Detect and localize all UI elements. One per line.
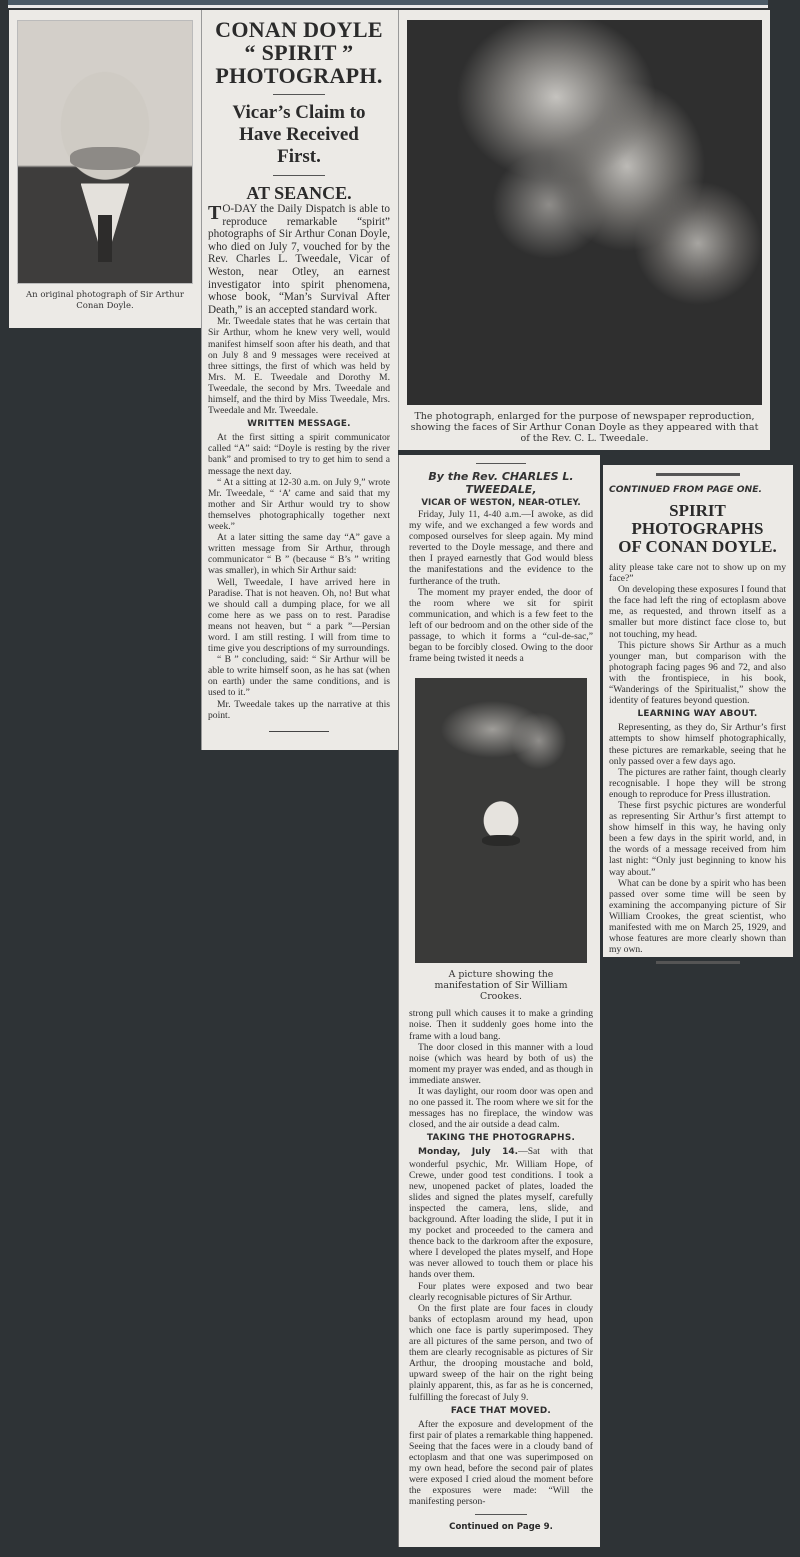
- subheadline-line: First.: [208, 146, 390, 168]
- drop-cap: T: [208, 204, 221, 222]
- section-head: AT SEANCE.: [208, 183, 390, 203]
- paragraph: At the first sitting a spirit communicat…: [208, 432, 390, 476]
- headline-line: “ SPIRIT ”: [208, 41, 390, 64]
- spirit-photograph: [407, 20, 762, 405]
- byline-column: By the Rev. CHARLES L. TWEEDALE, VICAR O…: [398, 455, 600, 1547]
- paragraph: This picture shows Sir Arthur as a much …: [609, 640, 786, 707]
- paragraph: On developing these exposures I found th…: [609, 584, 786, 639]
- paragraph: The door closed in this manner with a lo…: [409, 1042, 593, 1086]
- paragraph: Mr. Tweedale states that he was certain …: [208, 316, 390, 416]
- paragraph-text: —Sat with that wonderful psychic, Mr. Wi…: [409, 1146, 593, 1280]
- spirit-photo-caption: The photograph, enlarged for the purpose…: [407, 411, 762, 444]
- date-lead-in: Monday, July 14.: [418, 1147, 518, 1157]
- divider: [656, 961, 740, 964]
- crookes-photograph: [415, 678, 587, 963]
- paragraph: Mr. Tweedale takes up the narrative at t…: [208, 699, 390, 721]
- byline-body-2: strong pull which causes it to make a gr…: [409, 1008, 593, 1507]
- divider: [273, 94, 325, 95]
- paragraph: On the first plate are four faces in clo…: [409, 1303, 593, 1403]
- lead-paragraph: TO-DAY the Daily Dispatch is able to rep…: [208, 203, 390, 316]
- tie-shape: [98, 215, 112, 262]
- byline-subtitle: VICAR OF WESTON, NEAR-OTLEY.: [409, 498, 593, 508]
- paragraph: Monday, July 14.—Sat with that wonderful…: [409, 1146, 593, 1280]
- headline-line: CONAN DOYLE: [208, 18, 390, 41]
- article-body: TO-DAY the Daily Dispatch is able to rep…: [208, 203, 390, 721]
- paragraph: ality please take care not to show up on…: [609, 562, 786, 584]
- continued-body: ality please take care not to show up on…: [609, 562, 786, 955]
- subheadline-line: Vicar’s Claim to: [208, 102, 390, 124]
- subheadline-line: Have Received: [208, 124, 390, 146]
- subheadline: Vicar’s Claim to Have Received First.: [208, 102, 390, 168]
- divider: [273, 175, 325, 176]
- continued-column: CONTINUED FROM PAGE ONE. SPIRIT PHOTOGRA…: [603, 465, 793, 957]
- subhead-written-message: WRITTEN MESSAGE.: [208, 419, 390, 430]
- moustache-shape: [482, 835, 520, 846]
- divider: [476, 463, 526, 464]
- paragraph: What can be done by a spirit who has bee…: [609, 878, 786, 956]
- paragraph: Representing, as they do, Sir Arthur’s f…: [609, 722, 786, 766]
- moustache-shape: [70, 147, 140, 171]
- divider: [656, 473, 740, 476]
- conan-doyle-portrait-photo: [17, 20, 193, 284]
- divider: [475, 1514, 527, 1515]
- paragraph: These first psychic pictures are wonderf…: [609, 800, 786, 878]
- subhead-learning-way-about: LEARNING WAY ABOUT.: [609, 709, 786, 720]
- continued-note: Continued on Page 9.: [409, 1522, 593, 1532]
- paragraph: After the exposure and development of th…: [409, 1419, 593, 1508]
- byline: By the Rev. CHARLES L.: [409, 470, 593, 483]
- headline-line: PHOTOGRAPH.: [208, 64, 390, 87]
- headline-line: SPIRIT PHOTOGRAPHS: [609, 502, 786, 538]
- headline: CONAN DOYLE “ SPIRIT ” PHOTOGRAPH.: [208, 18, 390, 87]
- spirit-photo-clipping: The photograph, enlarged for the purpose…: [398, 10, 770, 450]
- paragraph: The moment my prayer ended, the door of …: [409, 587, 593, 665]
- subhead-face-that-moved: FACE THAT MOVED.: [409, 1406, 593, 1417]
- scan-top-edge: [8, 0, 768, 8]
- paragraph: Four plates were exposed and two bear cl…: [409, 1281, 593, 1303]
- subhead-taking-photographs: TAKING THE PHOTOGRAPHS.: [409, 1133, 593, 1144]
- paragraph: “ At a sitting at 12-30 a.m. on July 9,”…: [208, 477, 390, 532]
- paragraph: At a later sitting the same day “A” gave…: [208, 532, 390, 576]
- paragraph: Well, Tweedale, I have arrived here in P…: [208, 577, 390, 655]
- portrait-caption: An original photograph of Sir Arthur Con…: [17, 290, 193, 312]
- crookes-caption: A picture showing the manifestation of S…: [423, 969, 579, 1002]
- main-article-column: CONAN DOYLE “ SPIRIT ” PHOTOGRAPH. Vicar…: [201, 10, 398, 750]
- paragraph: It was daylight, our room door was open …: [409, 1086, 593, 1130]
- paragraph: strong pull which causes it to make a gr…: [409, 1008, 593, 1041]
- portrait-clipping: An original photograph of Sir Arthur Con…: [9, 10, 201, 328]
- headline-line: OF CONAN DOYLE.: [609, 538, 786, 556]
- paragraph: “ B ” concluding, said: “ Sir Arthur wil…: [208, 654, 390, 698]
- paragraph: Friday, July 11, 4-40 a.m.—I awoke, as d…: [409, 509, 593, 587]
- divider: [269, 731, 329, 732]
- byline: TWEEDALE,: [409, 483, 593, 496]
- continued-from-label: CONTINUED FROM PAGE ONE.: [609, 484, 786, 495]
- continued-headline: SPIRIT PHOTOGRAPHS OF CONAN DOYLE.: [609, 502, 786, 556]
- byline-body-1: Friday, July 11, 4-40 a.m.—I awoke, as d…: [409, 509, 593, 664]
- lead-text: O-DAY the Daily Dispatch is able to repr…: [208, 203, 390, 316]
- paragraph: The pictures are rather faint, though cl…: [609, 767, 786, 800]
